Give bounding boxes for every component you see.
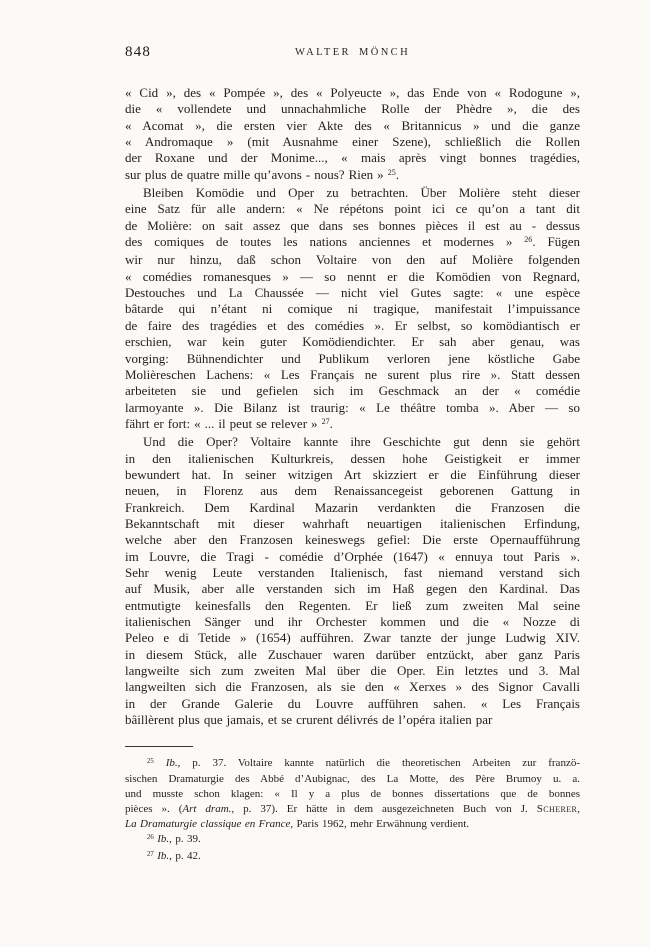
paragraph: Und die Oper? Voltaire kannte ihre Gesch… (125, 434, 580, 728)
paragraph: Bleiben Komödie und Oper zu betrachten. … (125, 185, 580, 434)
text-line: und musste schon klagen: « Il y a plus d… (125, 787, 580, 802)
text-line: die « vollendete und unnachahmliche Roll… (125, 101, 580, 117)
text-line: im Louvre, die Tragi - comédie d’Orphée … (125, 549, 580, 565)
text-line: in den italienischen Kulturkreis, dessen… (125, 451, 580, 467)
text-line: der Roxane und der Monime..., « mais apr… (125, 150, 580, 166)
text-line: neuen, in Florenz aus dem Renaissancegei… (125, 483, 580, 499)
text-line: erschien, war kein guter Komödiendichter… (125, 334, 580, 350)
footnotes: 25 Ib., p. 37. Voltaire kannte natürlich… (125, 756, 580, 865)
text-line: des comiques de toutes les nations ancie… (125, 234, 580, 252)
text-line: « Andromaque » (mit Ausnahme einer Szene… (125, 134, 580, 150)
text-line: bâtarde qui n’étant ni comique ni tragiq… (125, 301, 580, 317)
text-line: welche aber den Franzosen keineswegs gef… (125, 532, 580, 548)
text-line: 26 Ib., p. 39. (125, 832, 580, 848)
text-line: langweilten sich die Franzosen, als sie … (125, 679, 580, 695)
text-line: 25 Ib., p. 37. Voltaire kannte natürlich… (125, 756, 580, 772)
text-line: vorging: Bühnendichter und Publikum verl… (125, 351, 580, 367)
text-line: eine Satz für alle andern: « Ne répétons… (125, 201, 580, 217)
paragraph: « Cid », des « Pompée », des « Polyeucte… (125, 85, 580, 185)
text-line: Frankreich. Dem Kardinal Mazarin verdank… (125, 500, 580, 516)
paragraph: 26 Ib., p. 39. (125, 832, 580, 848)
text-line: bâillèrent plus que jamais, et se cruren… (125, 712, 580, 728)
text-line: Molièreschen Lachens: « Les Français ne … (125, 367, 580, 383)
text-line: de Molière: on sait assez que dans ses b… (125, 218, 580, 234)
page-header: 848 WALTER MÖNCH (125, 44, 580, 62)
text-line: « Acomat », die ersten vier Akte des « B… (125, 118, 580, 134)
text-line: Bekanntschaft mit dieser wahrhaft neuart… (125, 516, 580, 532)
text-line: in der Grande Galerie du Louvre aufführe… (125, 696, 580, 712)
text-line: de faire des tragédies et des comédies »… (125, 318, 580, 334)
footnote-separator (125, 746, 193, 747)
paragraph: 25 Ib., p. 37. Voltaire kannte natürlich… (125, 756, 580, 832)
running-title: WALTER MÖNCH (125, 47, 580, 58)
text-line: auf Musik, aber alle verstanden sich im … (125, 581, 580, 597)
text-line: « comédies romanesques » — so nennt er d… (125, 269, 580, 285)
text-line: La Dramaturgie classique en France, Pari… (125, 817, 580, 832)
paragraph: 27 Ib., p. 42. (125, 849, 580, 865)
text-line: Bleiben Komödie und Oper zu betrachten. … (125, 185, 580, 201)
text-line: sischen Dramaturgie des Abbé d’Aubignac,… (125, 772, 580, 787)
text-line: Und die Oper? Voltaire kannte ihre Gesch… (125, 434, 580, 450)
text-line: Peleo e di Tetide » (1654) aufführen. Zw… (125, 630, 580, 646)
scanned-page: 848 WALTER MÖNCH « Cid », des « Pompée »… (0, 0, 650, 947)
text-line: italienischen Sänger und ihr Orchester k… (125, 614, 580, 630)
text-line: in diesem Stück, alle Zuschauer waren da… (125, 647, 580, 663)
text-line: entmutigte keinesfalls den Regenten. Er … (125, 598, 580, 614)
text-line: wir nur hinzu, daß schon Voltaire von de… (125, 252, 580, 268)
text-line: pièces ». (Art dram., p. 37). Er hätte i… (125, 802, 580, 817)
text-line: « Cid », des « Pompée », des « Polyeucte… (125, 85, 580, 101)
text-line: arbeiteten sie und gefielen sich im Gesc… (125, 383, 580, 399)
text-line: 27 Ib., p. 42. (125, 849, 580, 865)
text-line: Sehr wenig Leute verstanden Italienisch,… (125, 565, 580, 581)
text-line: langweilte sich zum zweiten Mal über die… (125, 663, 580, 679)
text-line: Destouches und La Chaussée — nicht viel … (125, 285, 580, 301)
text-line: fährt er fort: « ... il peut se relever … (125, 416, 580, 434)
text-line: larmoyante ». Die Bilanz ist traurig: « … (125, 400, 580, 416)
body-text: « Cid », des « Pompée », des « Polyeucte… (125, 85, 580, 728)
text-line: bewundert hat. In seiner witzigen Art sk… (125, 467, 580, 483)
text-line: sur plus de quatre mille qu’avons - nous… (125, 167, 580, 185)
